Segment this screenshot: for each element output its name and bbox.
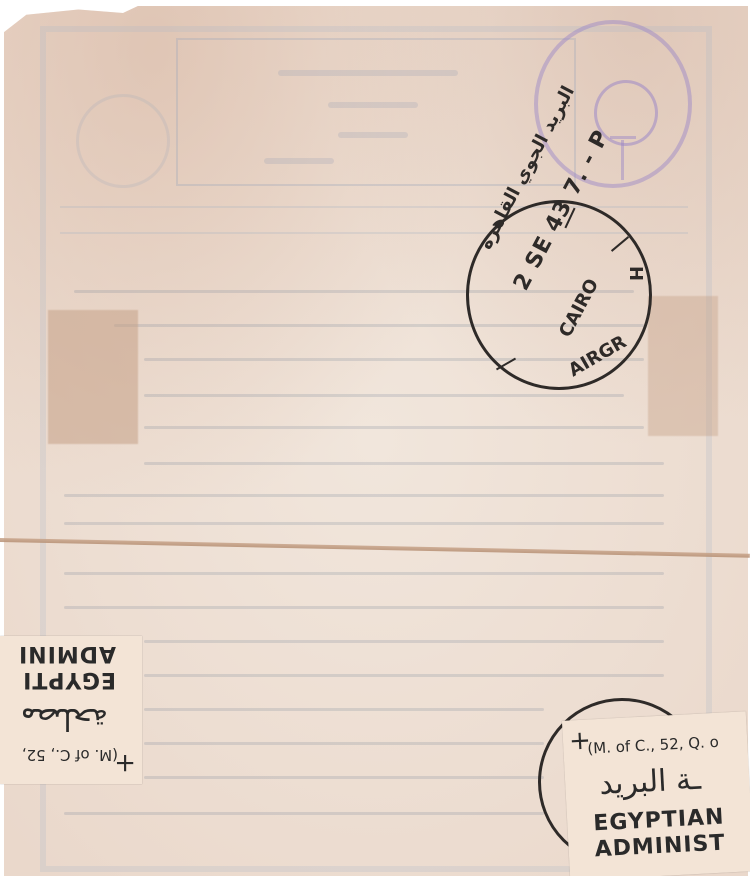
- postmark-city: CAIRO: [555, 275, 603, 340]
- handwriting-line: [144, 674, 664, 677]
- censor-label-left: + (M. of C., 52, مصلحة EGYPTI ADMINI: [0, 636, 142, 784]
- postmark-divider: [496, 358, 516, 371]
- handwriting-line: [144, 394, 624, 397]
- handwriting-line: [64, 522, 664, 525]
- handwriting-line: [64, 812, 544, 815]
- postmark-divider: [611, 236, 629, 252]
- cairo-airgraph-postmark: البريد الجوي القاهرة 2 SE 43 7. - P CAIR…: [466, 200, 652, 390]
- handwriting-line: [144, 426, 644, 429]
- cachet-stem: [621, 140, 624, 180]
- label-arabic: ـة البريد: [598, 762, 701, 802]
- handwriting-line: [144, 708, 544, 711]
- label-code: (M. of C., 52, Q. o: [587, 733, 719, 758]
- handwriting-line: [144, 776, 544, 779]
- handwriting-line: [144, 462, 664, 465]
- tape-stain-left: [48, 310, 138, 444]
- tape-stain-right: [648, 296, 718, 436]
- handwriting-line: [64, 606, 664, 609]
- address-line: [264, 158, 334, 164]
- label-code: (M. of C., 52,: [22, 746, 118, 764]
- censor-label-right: + (M. of C., 52, Q. o ـة البريد EGYPTIAN…: [562, 711, 750, 876]
- address-line: [338, 132, 408, 138]
- address-line: [328, 102, 418, 108]
- handwriting-line: [144, 640, 664, 643]
- handwriting-line: [64, 572, 664, 575]
- faint-stamp-impression: [76, 94, 170, 188]
- label-arabic: مصلحة: [21, 701, 108, 736]
- handwriting-line: [144, 742, 544, 745]
- postmark-side-letter: H: [625, 266, 646, 281]
- address-line: [278, 70, 458, 76]
- label-line-2: ADMINI: [18, 641, 116, 666]
- label-line-1: EGYPTI: [22, 667, 116, 692]
- handwriting-line: [64, 494, 664, 497]
